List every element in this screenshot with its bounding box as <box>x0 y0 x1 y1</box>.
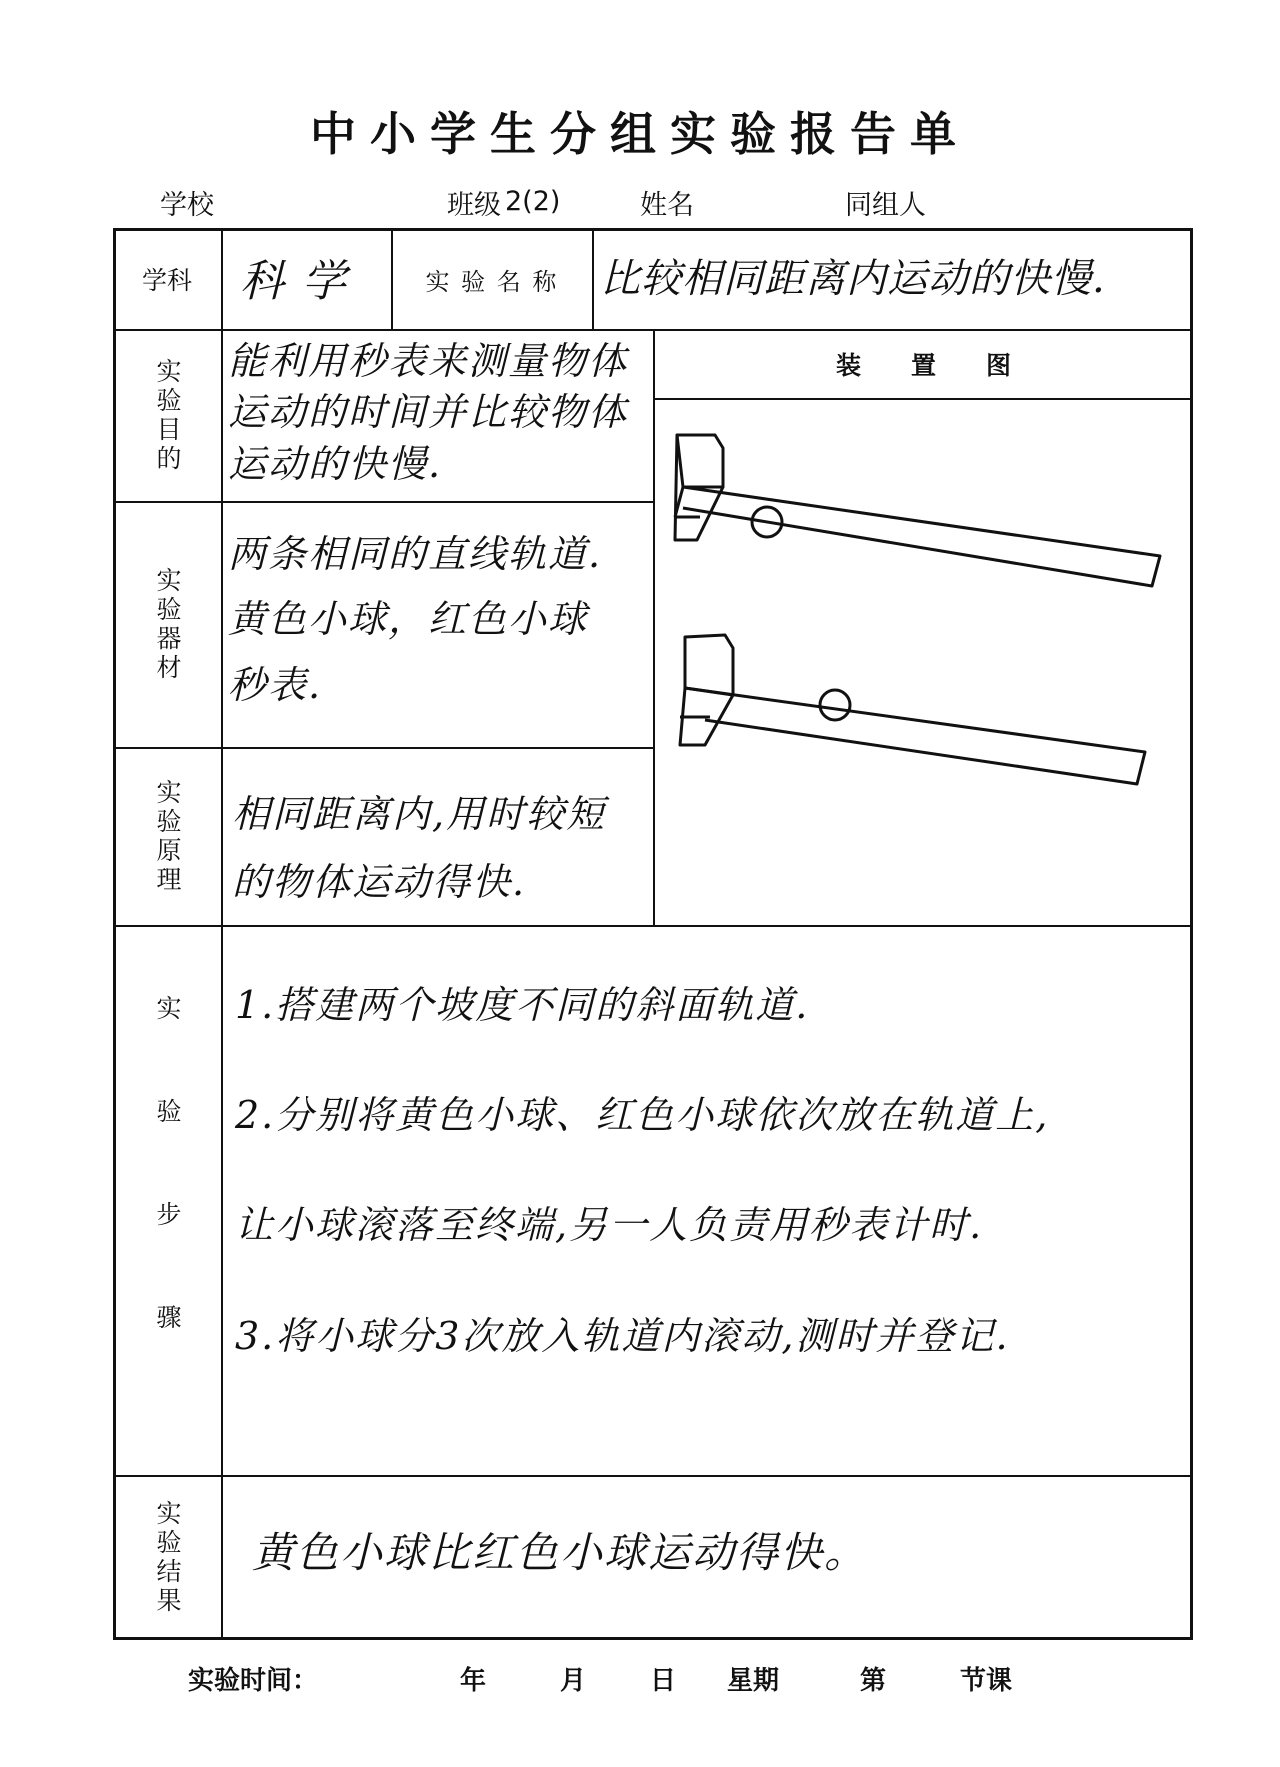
track-diagram-icon <box>655 400 1192 925</box>
materials-label: 实验器材 <box>113 502 221 748</box>
purpose-text: 能利用秒表来测量物体 运动的时间并比较物体 运动的快慢. <box>228 336 628 490</box>
school-label: 学校 <box>160 183 214 222</box>
purpose-label: 实验目的 <box>113 330 221 502</box>
name-label: 姓名 <box>640 183 694 222</box>
class-value: 2(2) <box>505 186 560 217</box>
col-divider <box>221 228 223 1640</box>
weekday-label: 星期 <box>727 1660 779 1697</box>
experiment-name-value: 比较相同距离内运动的快慢. <box>600 252 1106 306</box>
subject-label: 学科 <box>113 228 221 330</box>
subject-value: 科学 <box>240 252 364 311</box>
result-value: 黄色小球比红色小球运动得快。 <box>252 1525 868 1582</box>
steps-label: 实验步骤 <box>113 926 221 1476</box>
month-label: 月 <box>560 1660 586 1697</box>
principle-label: 实验原理 <box>113 748 221 926</box>
time-label: 实验时间： <box>188 1660 318 1697</box>
col-divider <box>592 228 594 330</box>
day-label: 日 <box>650 1660 676 1697</box>
principle-text: 相同距离内,用时较短 的物体运动得快. <box>232 780 606 917</box>
year-label: 年 <box>460 1660 486 1697</box>
period-suffix: 节课 <box>960 1660 1012 1697</box>
row-divider <box>113 1475 1193 1477</box>
materials-text: 两条相同的直线轨道. 黄色小球，红色小球 秒表. <box>228 522 602 718</box>
result-label: 实验结果 <box>113 1476 221 1640</box>
steps-text: 1.搭建两个坡度不同的斜面轨道. 2.分别将黄色小球、红色小球依次放在轨道上, … <box>235 950 1049 1391</box>
group-label: 同组人 <box>845 183 926 222</box>
period-prefix: 第 <box>860 1660 886 1697</box>
class-label: 班级 <box>447 183 501 222</box>
page-title: 中小学生分组实验报告单 <box>0 98 1280 164</box>
diagram-label: 装 置 图 <box>654 330 1193 398</box>
experiment-name-label: 实 验 名 称 <box>392 228 592 330</box>
